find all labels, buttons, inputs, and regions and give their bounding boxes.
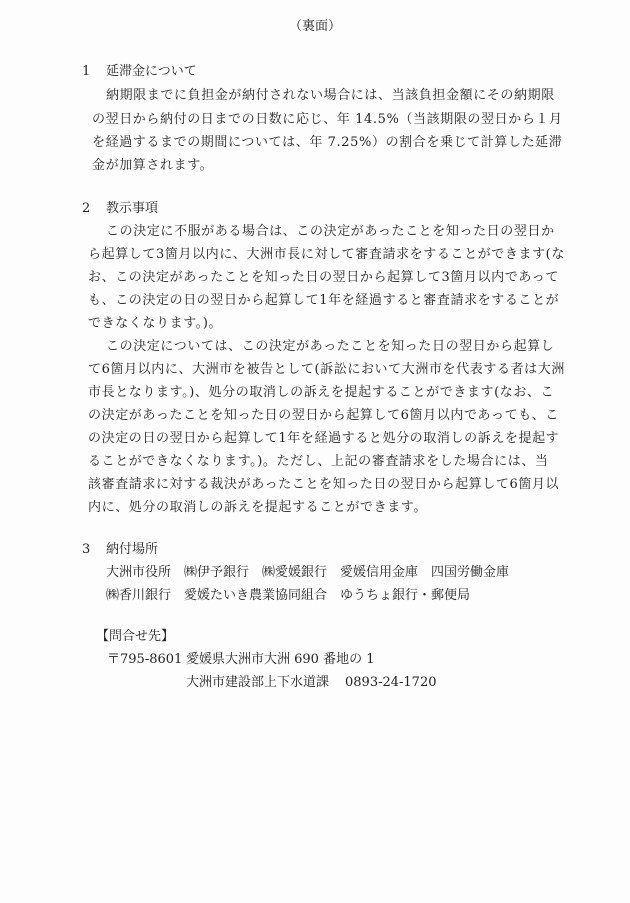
section-heading: 教示事項 bbox=[106, 199, 158, 219]
paragraph-line: ることができなくなります。)。ただし、上記の審査請求をした場合には、当 bbox=[88, 452, 549, 472]
paragraph-line: の決定の日の翌日から起算して1年を経過すると処分の取消しの訴えを提起す bbox=[88, 429, 559, 449]
address: 愛媛県大洲市大洲 690 番地の 1 bbox=[186, 650, 374, 670]
section-number: 3 bbox=[82, 540, 90, 560]
document-page: （裏面） 1 延滞金について 納期限までに負担金が納付されない場合には、当該負担… bbox=[0, 0, 630, 903]
paragraph-line: 市長となります。)、処分の取消しの訴えを提起することができます(なお、こ bbox=[88, 383, 554, 403]
paragraph-line: も、この決定の日の翌日から起算して1年を経過すると審査請求をすることが bbox=[88, 291, 559, 311]
paragraph-line: の決定があったことを知った日の翌日から起算して6箇月以内であっても、こ bbox=[88, 406, 559, 426]
paragraph-line: を経過するまでの期間については、年 7.25%）の割合を乗じて計算した延滞 bbox=[92, 133, 562, 153]
paragraph-line: できなくなります。)。 bbox=[88, 314, 222, 334]
paragraph-line: の翌日から納付の日までの日数に応じ、年 14.5%（当該期限の翌日から１月 bbox=[92, 110, 563, 130]
section-heading: 延滞金について bbox=[106, 62, 197, 82]
contact-label: 【問合せ先】 bbox=[96, 627, 174, 647]
payment-location-list: ㈱香川銀行 愛媛たいき農業協同組合 ゆうちょ銀行・郵便局 bbox=[106, 586, 470, 606]
page-title: （裏面） bbox=[0, 17, 630, 37]
section-number: 2 bbox=[82, 199, 90, 219]
department: 大洲市建設部上下水道課 bbox=[186, 673, 329, 693]
section-number: 1 bbox=[82, 62, 90, 82]
paragraph-line: ら起算して3箇月以内に、大洲市長に対して審査請求をすることができます(な bbox=[88, 245, 565, 265]
paragraph-line: この決定に不服がある場合は、この決定があったことを知った日の翌日か bbox=[106, 222, 555, 242]
paragraph-line: お、この決定があったことを知った日の翌日から起算して3箇月以内であって bbox=[88, 268, 559, 288]
paragraph-line: この決定については、この決定があったことを知った日の翌日から起算し bbox=[106, 337, 554, 357]
payment-location-list: 大洲市役所 ㈱伊予銀行 ㈱愛媛銀行 愛媛信用金庫 四国労働金庫 bbox=[106, 563, 509, 583]
paragraph-line: 該審査請求に対する裁決があったことを知った日の翌日から起算して6箇月以 bbox=[88, 475, 559, 495]
paragraph-line: 金が加算されます。 bbox=[92, 156, 213, 176]
postal-code: 〒795-8601 bbox=[107, 650, 182, 670]
paragraph-line: 内に、処分の取消しの訴えを提起することができます。 bbox=[88, 498, 427, 518]
phone-number: 0893-24-1720 bbox=[345, 673, 437, 693]
paragraph-line: 納期限までに負担金が納付されない場合には、当該負担金額にその納期限 bbox=[106, 86, 555, 106]
paragraph-line: て6箇月以内に、大洲市を被告として(訴訟において大洲市を代表する者は大洲 bbox=[88, 360, 565, 380]
section-heading: 納付場所 bbox=[106, 540, 158, 560]
